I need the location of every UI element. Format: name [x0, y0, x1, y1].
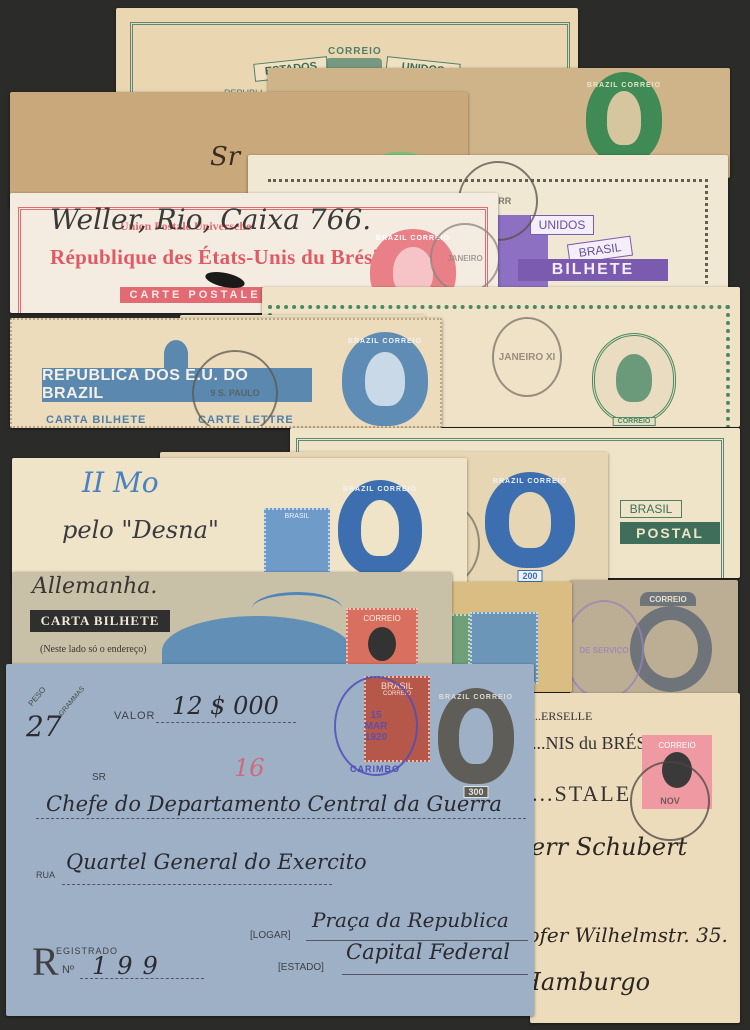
- ribbon-brasil: BRASIL: [620, 500, 682, 518]
- grey-imprint: BRAZIL CORREIO 300: [438, 688, 514, 784]
- correio-tablet: CORREIO: [640, 592, 696, 606]
- handwriting-city: Hamburgo: [530, 968, 650, 996]
- grammas-label: GRAMMAS: [58, 685, 87, 717]
- machine-cancel: JANEIRO XI: [492, 317, 562, 397]
- registrado-letter: R: [32, 938, 59, 985]
- handwriting-desna: pelo "Desna": [62, 516, 219, 544]
- portrait-icon: [361, 500, 400, 556]
- ribbon-unidos: UNIDOS: [530, 215, 594, 235]
- blue-imprint: BRAZIL CORREIO: [342, 332, 428, 426]
- sr-label: SR: [92, 772, 106, 783]
- portrait-icon: [607, 91, 642, 144]
- ornament-icon: [164, 340, 188, 368]
- imprint-text: BRAZIL CORREIO: [485, 478, 575, 485]
- carta-bilhete-label: CARTA BILHETE: [46, 414, 146, 426]
- handwriting-address: Weller, Rio, Caixa 766.: [50, 203, 371, 236]
- green-imprint: BRAZIL CORREIO: [586, 72, 662, 164]
- addressee: Chefe do Departamento Central da Guerra: [46, 792, 502, 816]
- postal-banner: POSTAL: [620, 522, 720, 544]
- handwriting-street: Hofer Wilhelmstr. 35.: [530, 923, 728, 947]
- imprint-value: 200: [517, 570, 542, 582]
- blue-imprint: BRAZIL CORREIO: [338, 480, 422, 576]
- postale-label: ...STALE: [532, 781, 631, 807]
- liberty-imprint: CORREIO: [592, 333, 676, 423]
- red-correio-stamp: CORREIO: [346, 608, 418, 672]
- blue-carta-bilhete: REPUBLICA DOS E.U. DO BRAZIL CARTA BILHE…: [10, 318, 442, 428]
- postmark: NOV: [630, 761, 710, 841]
- thesouraria-cancel: 15 MAR 1920: [334, 676, 418, 776]
- red-mark: 16: [234, 754, 265, 782]
- logar-value: Praça da Republica: [312, 908, 509, 932]
- imprint-text: BRAZIL CORREIO: [342, 338, 428, 345]
- handwriting-name: Herr Schubert: [530, 833, 687, 861]
- address-note: (Neste lado só o endereço): [40, 644, 147, 655]
- tablet-correio: CORREIO: [613, 417, 656, 426]
- estado-value: Capital Federal: [346, 940, 510, 964]
- blue-envelope-desna: II Mo pelo "Desna" BRASIL BRAZIL CORREIO: [12, 458, 467, 583]
- portrait-icon: [368, 627, 396, 661]
- carte-postale-hamburg: ...ERSELLE ...NIS du BRÉSIL ...STALE COR…: [530, 693, 740, 1023]
- perforation-column: [705, 179, 708, 290]
- portrait-icon: [459, 708, 494, 764]
- imprint-text: BRAZIL CORREIO: [586, 82, 662, 89]
- blue-registered-envelope: PESO GRAMMAS 27 VALOR 12 $ 000 BRASIL CO…: [6, 664, 534, 1016]
- carte-postale-label: CARTE POSTALE: [120, 287, 270, 303]
- logar-label: [LOGAR]: [250, 930, 291, 941]
- liberty-head-icon: [616, 354, 652, 403]
- portrait-icon: [365, 352, 405, 407]
- imprint-text: BRAZIL CORREIO: [338, 486, 422, 493]
- carimbo-label: CARIMBO: [350, 764, 400, 774]
- valor-value: 12 $ 000: [172, 692, 279, 720]
- bilhete-banner: BILHETE: [518, 259, 668, 281]
- peso-label: PESO: [27, 685, 48, 708]
- portrait-icon: [509, 492, 550, 548]
- numero-value: 199: [92, 952, 168, 980]
- numero-label: Nº: [62, 964, 74, 976]
- postmark: JANEIRO: [430, 223, 498, 293]
- grey-wrapper: CORREIO DE SERVIÇO: [570, 580, 738, 700]
- palm-icon: [252, 592, 342, 625]
- handwriting-sr: Sr: [210, 142, 240, 172]
- valor-label: VALOR: [114, 710, 155, 722]
- handwriting-top: II Mo: [82, 466, 159, 499]
- republique-title: République des États-Unis du Brésil: [50, 245, 385, 270]
- handwriting-allemanha: Allemanha.: [32, 574, 157, 599]
- postmark: 9 S. PAULO: [192, 350, 278, 428]
- allemanha-card: Allemanha. CARTA BILHETE (Neste lado só …: [12, 572, 452, 672]
- union-text: ...ERSELLE: [532, 709, 592, 724]
- rua-label: RUA: [36, 870, 55, 880]
- peso-value: 27: [26, 710, 62, 743]
- correio-label: CORREIO: [328, 46, 382, 57]
- blue-imprint-200: BRAZIL CORREIO 200: [485, 472, 575, 568]
- estado-label: [ESTADO]: [278, 962, 324, 973]
- rua-value: Quartel General do Exercito: [66, 850, 367, 874]
- service-cachet: DE SERVIÇO: [570, 600, 644, 700]
- carta-bilhete-banner: CARTA BILHETE: [30, 610, 170, 632]
- imprint-text: BRAZIL CORREIO: [438, 694, 514, 701]
